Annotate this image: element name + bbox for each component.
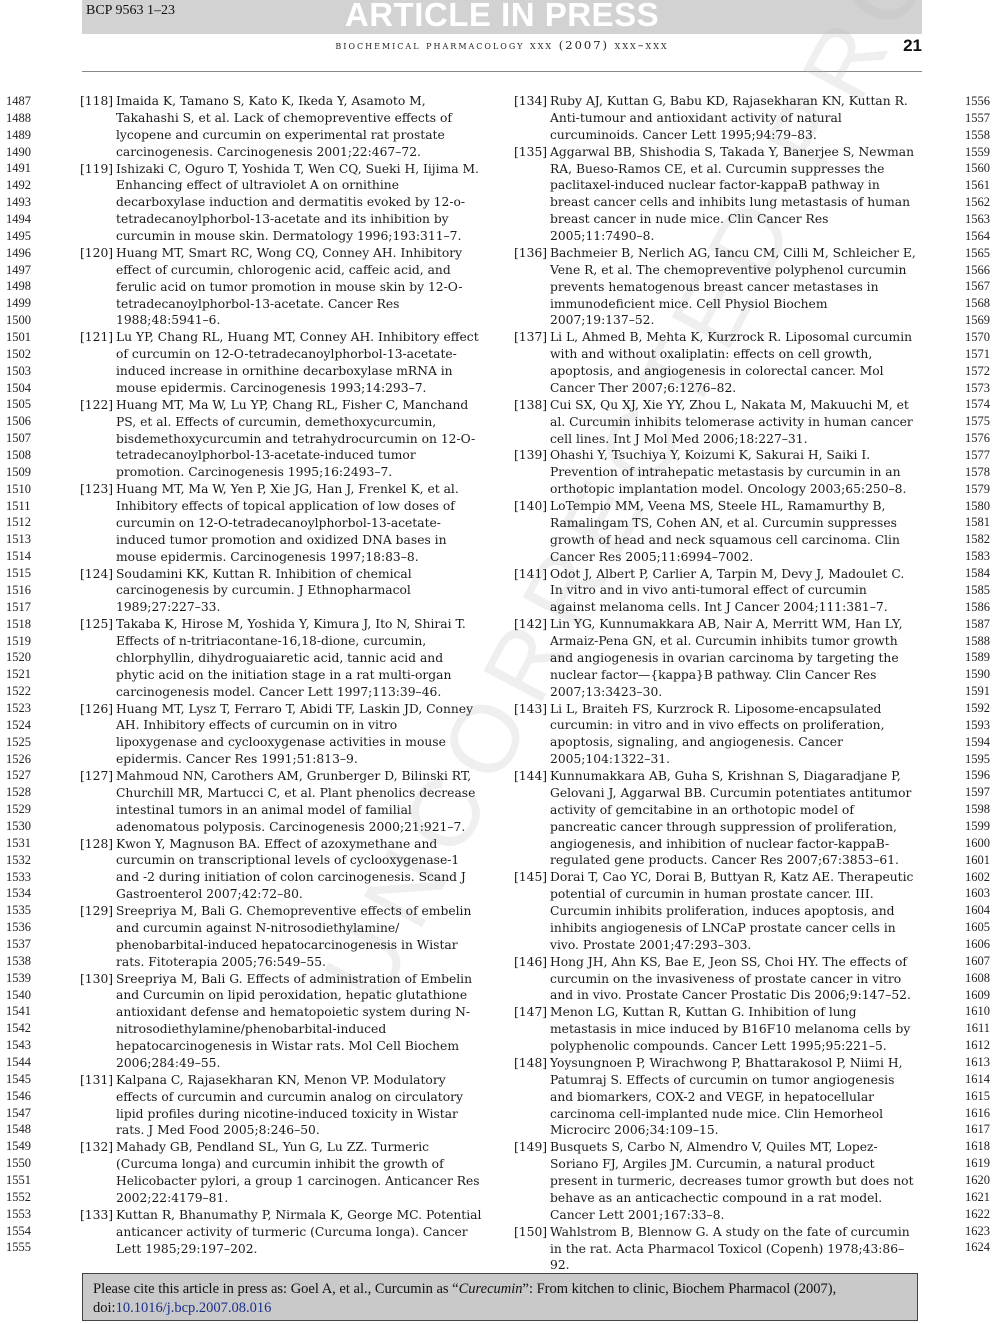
line-number: 1548	[6, 1121, 31, 1138]
line-number: 1493	[6, 194, 31, 211]
reference-text: Mahmoud NN, Carothers AM, Grunberger D, …	[116, 768, 482, 836]
line-number: 1528	[6, 784, 31, 801]
citation-prefix: Please cite this article in press as: Go…	[93, 1281, 459, 1297]
line-number: 1526	[6, 751, 31, 768]
reference-number: [119]	[80, 161, 113, 178]
reference-item: [129]Sreepriya M, Bali G. Chemopreventiv…	[80, 903, 482, 971]
line-number: 1540	[6, 987, 31, 1004]
line-number: 1556	[965, 93, 990, 110]
line-number: 1515	[6, 565, 31, 582]
line-number: 1550	[6, 1155, 31, 1172]
reference-text: Ruby AJ, Kuttan G, Babu KD, Rajasekharan…	[550, 93, 916, 144]
reference-number: [147]	[514, 1004, 547, 1021]
line-number: 1544	[6, 1054, 31, 1071]
line-number: 1605	[965, 919, 990, 936]
reference-text: Wahlstrom B, Blennow G. A study on the f…	[550, 1224, 916, 1275]
reference-item: [134]Ruby AJ, Kuttan G, Babu KD, Rajasek…	[514, 93, 916, 144]
reference-text: Mahady GB, Pendland SL, Yun G, Lu ZZ. Tu…	[116, 1139, 482, 1207]
line-number: 1590	[965, 666, 990, 683]
reference-text: LoTempio MM, Veena MS, Steele HL, Ramamu…	[550, 498, 916, 566]
line-number: 1506	[6, 413, 31, 430]
reference-number: [118]	[80, 93, 113, 110]
line-number: 1520	[6, 649, 31, 666]
line-number: 1611	[965, 1020, 990, 1037]
article-in-press-label: ARTICLE IN PRESS	[82, 0, 922, 34]
line-number: 1589	[965, 649, 990, 666]
reference-item: [125]Takaba K, Hirose M, Yoshida Y, Kimu…	[80, 616, 482, 700]
line-number: 1572	[965, 363, 990, 380]
citation-suffix: ”: From kitchen to clinic, Biochem Pharm…	[523, 1281, 837, 1297]
line-number: 1513	[6, 531, 31, 548]
line-number: 1587	[965, 616, 990, 633]
line-number: 1585	[965, 582, 990, 599]
line-number: 1499	[6, 295, 31, 312]
line-number: 1613	[965, 1054, 990, 1071]
line-number: 1579	[965, 481, 990, 498]
reference-number: [125]	[80, 616, 113, 633]
reference-text: Lu YP, Chang RL, Huang MT, Conney AH. In…	[116, 329, 482, 397]
reference-item: [140]LoTempio MM, Veena MS, Steele HL, R…	[514, 498, 916, 566]
reference-item: [138]Cui SX, Qu XJ, Xie YY, Zhou L, Naka…	[514, 397, 916, 448]
reference-number: [130]	[80, 971, 113, 988]
line-number: 1614	[965, 1071, 990, 1088]
line-number: 1609	[965, 987, 990, 1004]
line-number: 1545	[6, 1071, 31, 1088]
reference-number: [122]	[80, 397, 113, 414]
line-number: 1521	[6, 666, 31, 683]
line-number: 1547	[6, 1105, 31, 1122]
reference-item: [135]Aggarwal BB, Shishodia S, Takada Y,…	[514, 144, 916, 245]
line-number: 1537	[6, 936, 31, 953]
reference-text: Li L, Braiteh FS, Kurzrock R. Liposome-e…	[550, 701, 916, 769]
reference-text: Kunnumakkara AB, Guha S, Krishnan S, Dia…	[550, 768, 916, 869]
line-number: 1595	[965, 751, 990, 768]
reference-number: [123]	[80, 481, 113, 498]
reference-text: Odot J, Albert P, Carlier A, Tarpin M, D…	[550, 566, 916, 617]
line-number: 1562	[965, 194, 990, 211]
line-number: 1623	[965, 1223, 990, 1240]
reference-number: [128]	[80, 836, 113, 853]
reference-text: Huang MT, Ma W, Yen P, Xie JG, Han J, Fr…	[116, 481, 482, 565]
reference-text: Ishizaki C, Oguro T, Yoshida T, Wen CQ, …	[116, 161, 482, 245]
line-number: 1570	[965, 329, 990, 346]
reference-text: Hong JH, Ahn KS, Bae E, Jeon SS, Choi HY…	[550, 954, 916, 1005]
reference-text: Kalpana C, Rajasekharan KN, Menon VP. Mo…	[116, 1072, 482, 1140]
reference-item: [139]Ohashi Y, Tsuchiya Y, Koizumi K, Sa…	[514, 447, 916, 498]
line-number: 1604	[965, 902, 990, 919]
line-number: 1593	[965, 717, 990, 734]
reference-text: Sreepriya M, Bali G. Chemopreventive eff…	[116, 903, 482, 971]
line-number: 1576	[965, 430, 990, 447]
reference-item: [130]Sreepriya M, Bali G. Effects of adm…	[80, 971, 482, 1072]
line-number: 1617	[965, 1121, 990, 1138]
line-number: 1487	[6, 93, 31, 110]
reference-number: [146]	[514, 954, 547, 971]
line-number: 1594	[965, 734, 990, 751]
line-number: 1552	[6, 1189, 31, 1206]
reference-item: [127]Mahmoud NN, Carothers AM, Grunberge…	[80, 768, 482, 836]
line-number: 1508	[6, 447, 31, 464]
line-number: 1536	[6, 919, 31, 936]
line-number: 1621	[965, 1189, 990, 1206]
reference-number: [149]	[514, 1139, 547, 1156]
line-number: 1559	[965, 144, 990, 161]
line-number: 1553	[6, 1206, 31, 1223]
reference-number: [138]	[514, 397, 547, 414]
citation-italic-title: Curecumin	[459, 1281, 523, 1297]
line-number: 1607	[965, 953, 990, 970]
line-number: 1580	[965, 498, 990, 515]
reference-number: [135]	[514, 144, 547, 161]
line-number: 1598	[965, 801, 990, 818]
line-number: 1583	[965, 548, 990, 565]
line-number: 1574	[965, 396, 990, 413]
line-number: 1529	[6, 801, 31, 818]
reference-item: [122]Huang MT, Ma W, Lu YP, Chang RL, Fi…	[80, 397, 482, 481]
reference-number: [150]	[514, 1224, 547, 1241]
line-number: 1578	[965, 464, 990, 481]
reference-number: [133]	[80, 1207, 113, 1224]
line-number: 1596	[965, 767, 990, 784]
reference-text: Aggarwal BB, Shishodia S, Takada Y, Bane…	[550, 144, 916, 245]
reference-number: [145]	[514, 869, 547, 886]
reference-item: [148]Yoysungnoen P, Wirachwong P, Bhatta…	[514, 1055, 916, 1139]
reference-text: Dorai T, Cao YC, Dorai B, Buttyan R, Kat…	[550, 869, 916, 953]
line-number: 1512	[6, 514, 31, 531]
line-number: 1522	[6, 683, 31, 700]
line-number: 1516	[6, 582, 31, 599]
line-number: 1491	[6, 160, 31, 177]
line-number: 1509	[6, 464, 31, 481]
line-number: 1510	[6, 481, 31, 498]
line-number: 1535	[6, 902, 31, 919]
references-column-right: [134]Ruby AJ, Kuttan G, Babu KD, Rajasek…	[514, 93, 916, 1274]
reference-text: Imaida K, Tamano S, Kato K, Ikeda Y, Asa…	[116, 93, 482, 161]
line-number: 1564	[965, 228, 990, 245]
reference-item: [128]Kwon Y, Magnuson BA. Effect of azox…	[80, 836, 482, 904]
line-number: 1618	[965, 1138, 990, 1155]
line-number: 1608	[965, 970, 990, 987]
reference-number: [137]	[514, 329, 547, 346]
line-number: 1531	[6, 835, 31, 852]
reference-item: [144]Kunnumakkara AB, Guha S, Krishnan S…	[514, 768, 916, 869]
reference-text: Soudamini KK, Kuttan R. Inhibition of ch…	[116, 566, 482, 617]
line-number: 1539	[6, 970, 31, 987]
line-number: 1542	[6, 1020, 31, 1037]
line-number: 1538	[6, 953, 31, 970]
reference-number: [136]	[514, 245, 547, 262]
line-number: 1568	[965, 295, 990, 312]
reference-text: Busquets S, Carbo N, Almendro V, Quiles …	[550, 1139, 916, 1223]
line-number: 1497	[6, 262, 31, 279]
reference-number: [141]	[514, 566, 547, 583]
line-number: 1566	[965, 262, 990, 279]
line-number: 1565	[965, 245, 990, 262]
reference-item: [145]Dorai T, Cao YC, Dorai B, Buttyan R…	[514, 869, 916, 953]
reference-item: [137]Li L, Ahmed B, Mehta K, Kurzrock R.…	[514, 329, 916, 397]
reference-item: [142]Lin YG, Kunnumakkara AB, Nair A, Me…	[514, 616, 916, 700]
line-number: 1505	[6, 396, 31, 413]
line-number: 1541	[6, 1003, 31, 1020]
line-number: 1602	[965, 869, 990, 886]
line-number: 1620	[965, 1172, 990, 1189]
line-number: 1494	[6, 211, 31, 228]
line-number: 1586	[965, 599, 990, 616]
line-numbers-left: 1487148814891490149114921493149414951496…	[6, 93, 31, 1256]
reference-number: [132]	[80, 1139, 113, 1156]
references-column-left: [118]Imaida K, Tamano S, Kato K, Ikeda Y…	[80, 93, 482, 1257]
running-head: biochemical pharmacology xxx (2007) xxx–…	[82, 38, 922, 52]
reference-number: [121]	[80, 329, 113, 346]
reference-item: [120]Huang MT, Smart RC, Wong CQ, Conney…	[80, 245, 482, 329]
line-number: 1563	[965, 211, 990, 228]
line-number: 1555	[6, 1239, 31, 1256]
line-number: 1569	[965, 312, 990, 329]
doi-link[interactable]: 10.1016/j.bcp.2007.08.016	[116, 1300, 272, 1316]
line-number: 1597	[965, 784, 990, 801]
line-number: 1581	[965, 514, 990, 531]
line-number: 1584	[965, 565, 990, 582]
line-number: 1524	[6, 717, 31, 734]
line-number: 1582	[965, 531, 990, 548]
reference-number: [124]	[80, 566, 113, 583]
line-number: 1546	[6, 1088, 31, 1105]
reference-item: [133]Kuttan R, Bhanumathy P, Nirmala K, …	[80, 1207, 482, 1258]
line-number: 1495	[6, 228, 31, 245]
line-number: 1571	[965, 346, 990, 363]
citation-notice: Please cite this article in press as: Go…	[82, 1273, 918, 1321]
line-number: 1622	[965, 1206, 990, 1223]
reference-text: Kuttan R, Bhanumathy P, Nirmala K, Georg…	[116, 1207, 482, 1258]
line-number: 1573	[965, 380, 990, 397]
reference-item: [118]Imaida K, Tamano S, Kato K, Ikeda Y…	[80, 93, 482, 161]
reference-number: [140]	[514, 498, 547, 515]
line-number: 1558	[965, 127, 990, 144]
reference-number: [142]	[514, 616, 547, 633]
reference-item: [132]Mahady GB, Pendland SL, Yun G, Lu Z…	[80, 1139, 482, 1207]
reference-item: [146]Hong JH, Ahn KS, Bae E, Jeon SS, Ch…	[514, 954, 916, 1005]
reference-number: [144]	[514, 768, 547, 785]
line-number: 1560	[965, 160, 990, 177]
reference-number: [127]	[80, 768, 113, 785]
line-number: 1615	[965, 1088, 990, 1105]
line-number: 1498	[6, 278, 31, 295]
line-number: 1577	[965, 447, 990, 464]
reference-item: [119]Ishizaki C, Oguro T, Yoshida T, Wen…	[80, 161, 482, 245]
line-number: 1551	[6, 1172, 31, 1189]
line-number: 1561	[965, 177, 990, 194]
line-number: 1501	[6, 329, 31, 346]
line-number: 1503	[6, 363, 31, 380]
reference-number: [148]	[514, 1055, 547, 1072]
reference-item: [147]Menon LG, Kuttan R, Kuttan G. Inhib…	[514, 1004, 916, 1055]
reference-text: Huang MT, Ma W, Lu YP, Chang RL, Fisher …	[116, 397, 482, 481]
line-number: 1592	[965, 700, 990, 717]
line-number: 1490	[6, 144, 31, 161]
line-number: 1527	[6, 767, 31, 784]
reference-text: Takaba K, Hirose M, Yoshida Y, Kimura J,…	[116, 616, 482, 700]
doi-label: doi:	[93, 1300, 116, 1316]
line-number: 1519	[6, 633, 31, 650]
line-number: 1549	[6, 1138, 31, 1155]
line-number: 1492	[6, 177, 31, 194]
line-number: 1557	[965, 110, 990, 127]
reference-item: [141]Odot J, Albert P, Carlier A, Tarpin…	[514, 566, 916, 617]
header-rule	[82, 71, 922, 72]
line-number: 1543	[6, 1037, 31, 1054]
line-number: 1534	[6, 885, 31, 902]
line-number: 1489	[6, 127, 31, 144]
reference-text: Li L, Ahmed B, Mehta K, Kurzrock R. Lipo…	[550, 329, 916, 397]
line-number: 1502	[6, 346, 31, 363]
page-number: 21	[903, 36, 922, 56]
reference-text: Huang MT, Lysz T, Ferraro T, Abidi TF, L…	[116, 701, 482, 769]
line-number: 1599	[965, 818, 990, 835]
reference-number: [131]	[80, 1072, 113, 1089]
reference-number: [139]	[514, 447, 547, 464]
reference-text: Ohashi Y, Tsuchiya Y, Koizumi K, Sakurai…	[550, 447, 916, 498]
line-number: 1588	[965, 633, 990, 650]
line-number: 1591	[965, 683, 990, 700]
line-number: 1610	[965, 1003, 990, 1020]
reference-item: [123]Huang MT, Ma W, Yen P, Xie JG, Han …	[80, 481, 482, 565]
line-number: 1500	[6, 312, 31, 329]
reference-item: [150]Wahlstrom B, Blennow G. A study on …	[514, 1224, 916, 1275]
line-number: 1575	[965, 413, 990, 430]
reference-item: [124]Soudamini KK, Kuttan R. Inhibition …	[80, 566, 482, 617]
line-number: 1514	[6, 548, 31, 565]
reference-text: Lin YG, Kunnumakkara AB, Nair A, Merritt…	[550, 616, 916, 700]
line-number: 1624	[965, 1239, 990, 1256]
reference-item: [126]Huang MT, Lysz T, Ferraro T, Abidi …	[80, 701, 482, 769]
line-number: 1530	[6, 818, 31, 835]
line-number: 1517	[6, 599, 31, 616]
line-number: 1507	[6, 430, 31, 447]
line-number: 1523	[6, 700, 31, 717]
reference-number: [126]	[80, 701, 113, 718]
reference-text: Kwon Y, Magnuson BA. Effect of azoxymeth…	[116, 836, 482, 904]
reference-text: Cui SX, Qu XJ, Xie YY, Zhou L, Nakata M,…	[550, 397, 916, 448]
line-number: 1518	[6, 616, 31, 633]
line-number: 1488	[6, 110, 31, 127]
line-numbers-right: 1556155715581559156015611562156315641565…	[965, 93, 990, 1256]
reference-item: [149]Busquets S, Carbo N, Almendro V, Qu…	[514, 1139, 916, 1223]
reference-number: [120]	[80, 245, 113, 262]
reference-number: [129]	[80, 903, 113, 920]
reference-item: [143]Li L, Braiteh FS, Kurzrock R. Lipos…	[514, 701, 916, 769]
line-number: 1532	[6, 852, 31, 869]
reference-text: Huang MT, Smart RC, Wong CQ, Conney AH. …	[116, 245, 482, 329]
line-number: 1554	[6, 1223, 31, 1240]
line-number: 1525	[6, 734, 31, 751]
line-number: 1511	[6, 498, 31, 515]
line-number: 1601	[965, 852, 990, 869]
reference-number: [143]	[514, 701, 547, 718]
line-number: 1600	[965, 835, 990, 852]
reference-item: [121]Lu YP, Chang RL, Huang MT, Conney A…	[80, 329, 482, 397]
line-number: 1533	[6, 869, 31, 886]
reference-text: Menon LG, Kuttan R, Kuttan G. Inhibition…	[550, 1004, 916, 1055]
reference-text: Sreepriya M, Bali G. Effects of administ…	[116, 971, 482, 1072]
line-number: 1496	[6, 245, 31, 262]
line-number: 1603	[965, 885, 990, 902]
line-number: 1619	[965, 1155, 990, 1172]
reference-item: [136]Bachmeier B, Nerlich AG, Iancu CM, …	[514, 245, 916, 329]
reference-number: [134]	[514, 93, 547, 110]
line-number: 1616	[965, 1105, 990, 1122]
line-number: 1612	[965, 1037, 990, 1054]
reference-text: Bachmeier B, Nerlich AG, Iancu CM, Cilli…	[550, 245, 916, 329]
reference-text: Yoysungnoen P, Wirachwong P, Bhattarakos…	[550, 1055, 916, 1139]
line-number: 1504	[6, 380, 31, 397]
line-number: 1606	[965, 936, 990, 953]
reference-item: [131]Kalpana C, Rajasekharan KN, Menon V…	[80, 1072, 482, 1140]
line-number: 1567	[965, 278, 990, 295]
